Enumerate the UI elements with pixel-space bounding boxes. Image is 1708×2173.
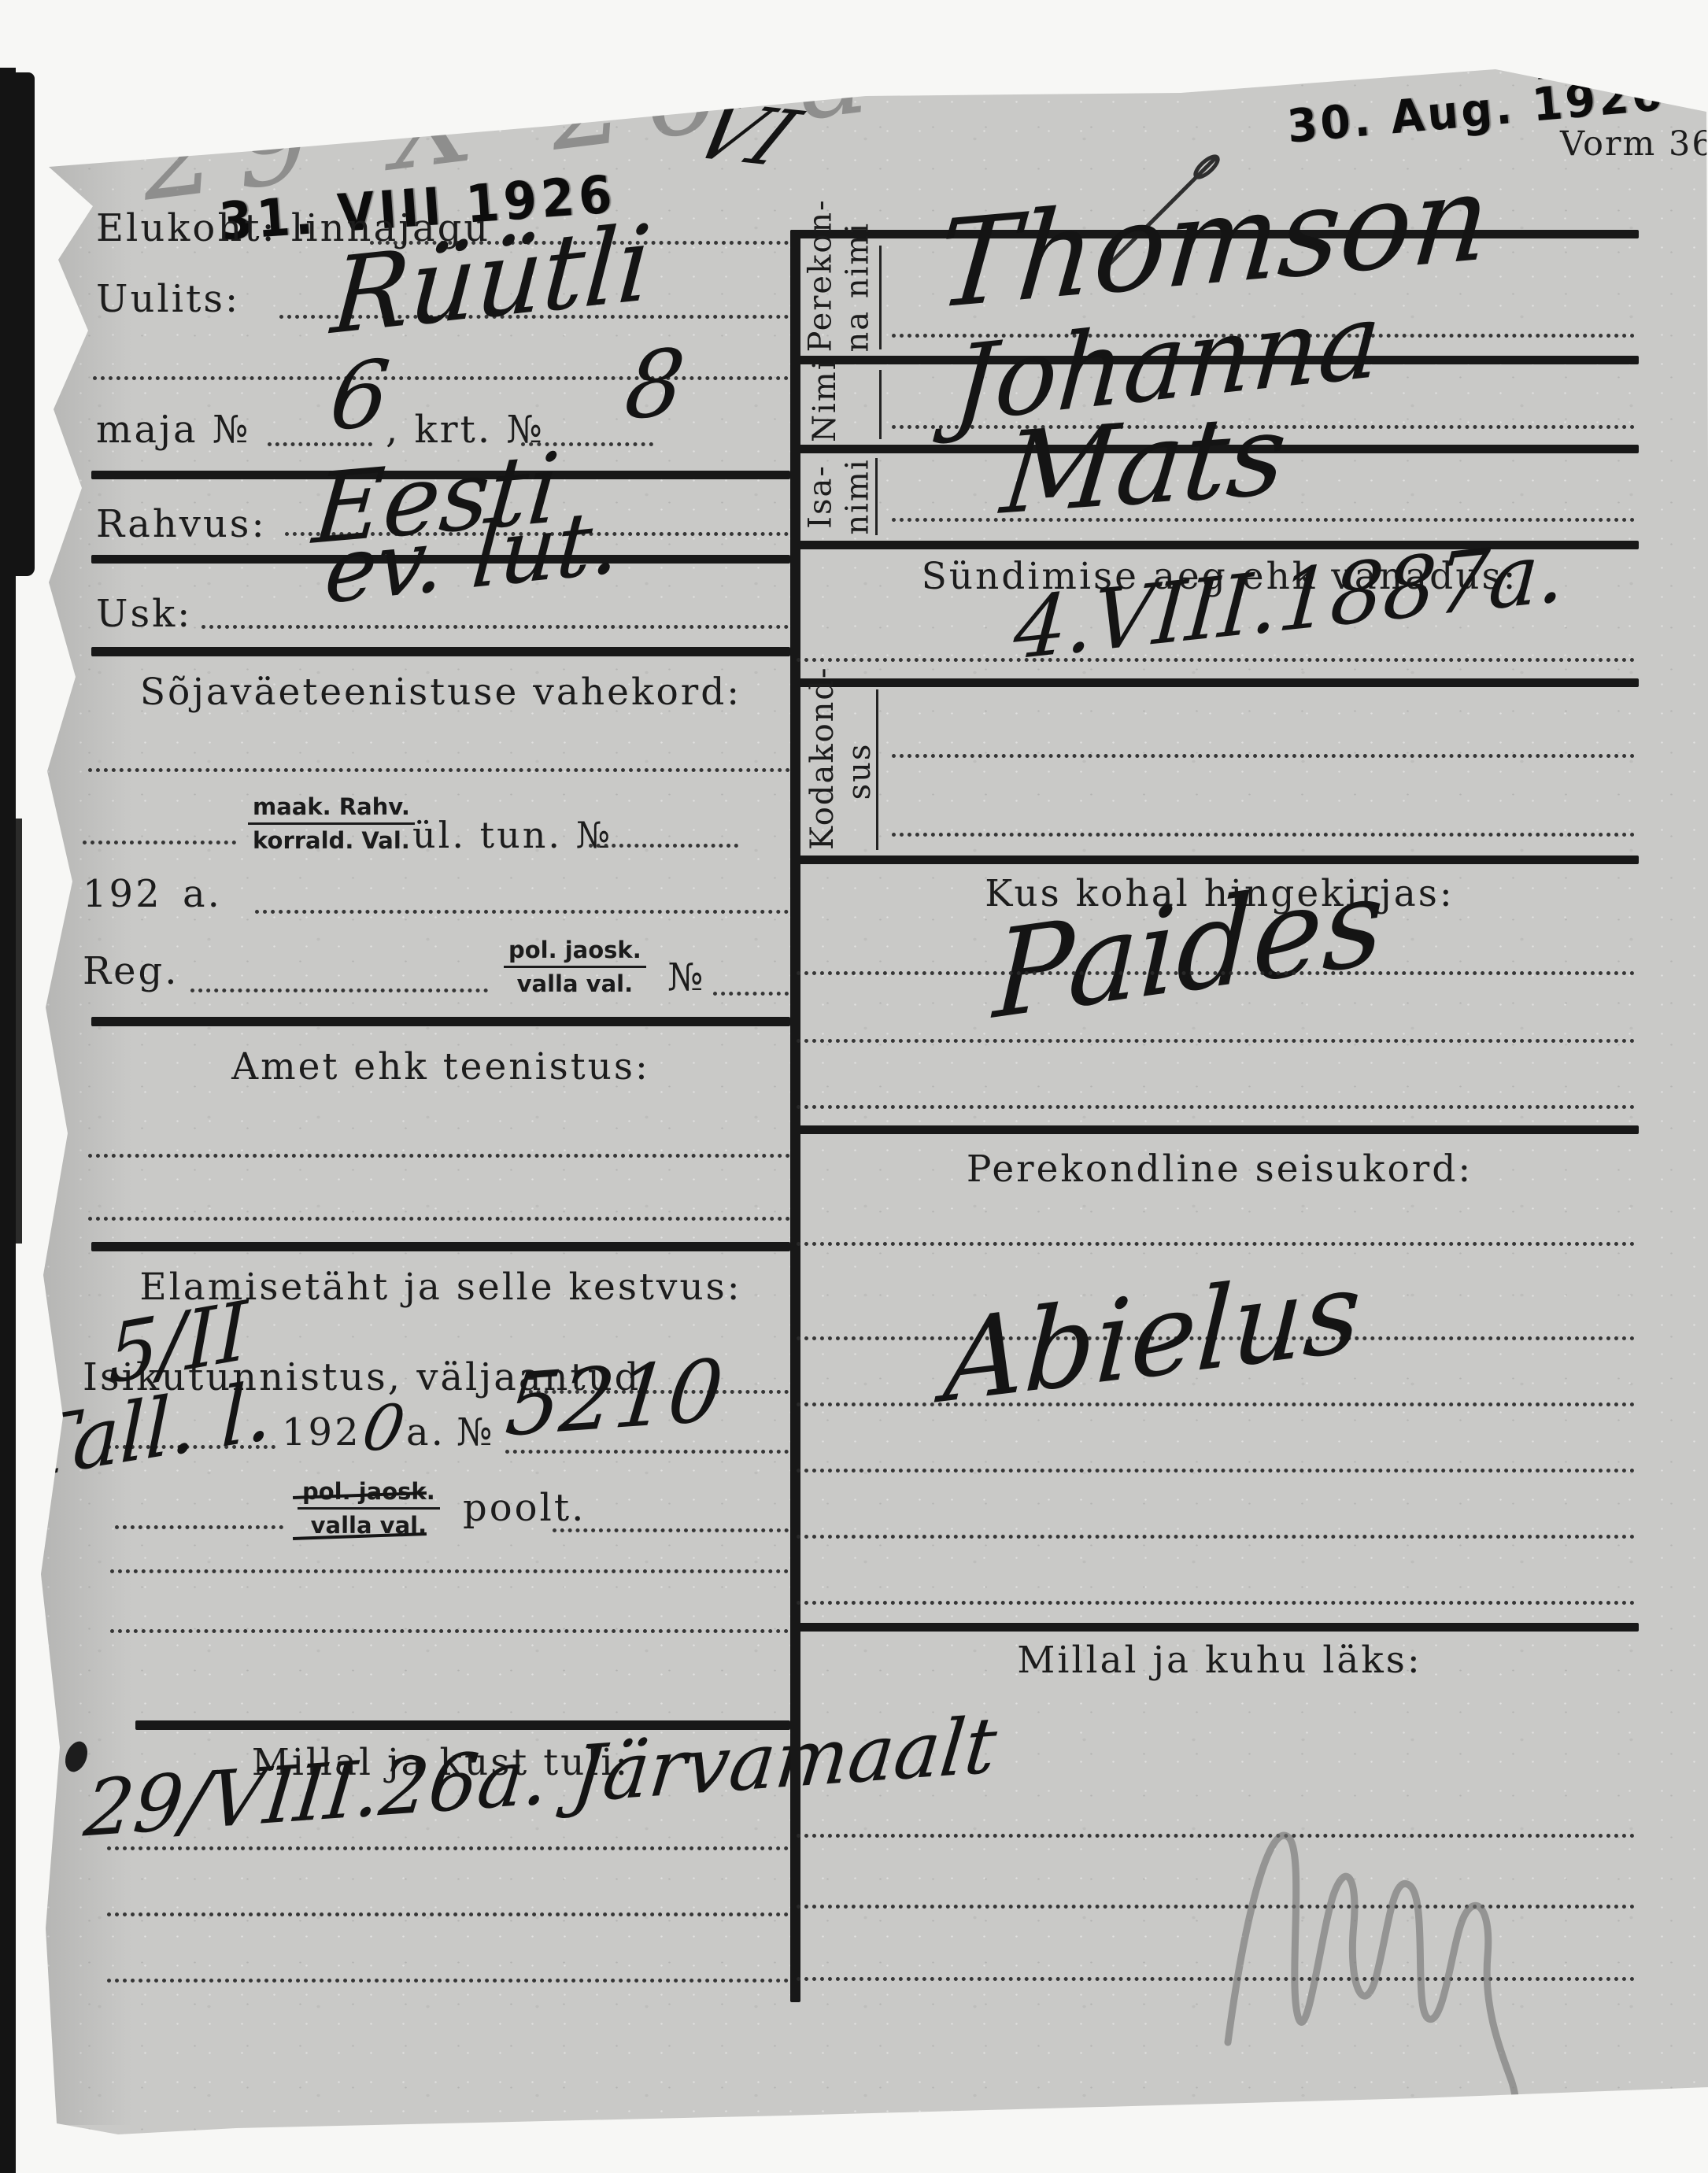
uulits-label: Uulits: [96, 277, 240, 321]
fraction-top: maak. Rahv. [248, 793, 415, 825]
reg-no-label: № [667, 955, 705, 1000]
stamp-quote-mark: ” [1530, 47, 1574, 116]
reg-label: Reg. [83, 949, 179, 993]
dotted-line [110, 1629, 789, 1633]
rule-thick [91, 1017, 790, 1026]
maak-rahv-fraction: maak. Rahv. korrald. Val. [248, 793, 415, 854]
isikutunnistus-no-label: № [457, 1410, 494, 1454]
dotted-line [797, 1402, 1635, 1406]
seisukord-header: Perekondline seisukord: [800, 1147, 1639, 1191]
column-divider [790, 230, 800, 2002]
rule-thick [790, 1623, 1639, 1632]
dotted-line [107, 1912, 789, 1916]
side-label-line: nimi [840, 455, 877, 539]
label-separator [879, 370, 882, 439]
scanned-registration-card: 29 X 26 a 31. VIII 1926 VI 30. Aug. 1926… [0, 0, 1708, 2173]
dotted-line [797, 971, 1635, 975]
label-separator [879, 246, 882, 349]
laks-header: Millal ja kuhu läks: [800, 1639, 1639, 1682]
dotted-line [892, 754, 1635, 758]
dotted-line [713, 992, 789, 996]
dotted-line [797, 1469, 1635, 1473]
rule-thick [91, 1242, 790, 1251]
pencil-signature-scrawl [1212, 1783, 1551, 2105]
dotted-line [797, 1105, 1635, 1109]
perekonnanimi-side-label: Perekon- na nimi [803, 233, 878, 353]
scan-edge-strip-lower [0, 819, 22, 1244]
dotted-line [797, 1039, 1635, 1043]
dotted-line [88, 1217, 790, 1221]
form-code: Vorm 36 [1560, 124, 1708, 164]
isanimi-side-label: Isa- nimi [803, 455, 875, 539]
side-label-line: sus [841, 693, 878, 850]
ink-note-vi: VI [683, 79, 809, 183]
poolt-fraction: pol. jaosk. valla val. [298, 1478, 440, 1539]
fraction-bottom: korrald. Val. [248, 825, 415, 854]
dotted-line [88, 1154, 790, 1158]
seisukord-value: Abielus [937, 1247, 1369, 1427]
rule-thick [790, 856, 1639, 864]
paper-sheet: 29 X 26 a 31. VIII 1926 VI 30. Aug. 1926… [0, 0, 1708, 2173]
maja-label: maja № [96, 408, 250, 452]
nimi-side-label: Nimi [807, 368, 854, 442]
isikutunnistus-year-digit: 0 [364, 1391, 404, 1465]
usk-label: Usk: [96, 592, 192, 636]
side-label-line: Nimi [807, 368, 844, 442]
side-label-line: Isa- [803, 455, 840, 539]
dotted-line [797, 1242, 1635, 1246]
fraction-bottom: valla val. [504, 968, 646, 997]
isikutunnistus-a-label: a. [406, 1410, 445, 1454]
krt-value: 8 [623, 330, 688, 440]
isanimi-value: Mats [998, 390, 1290, 539]
dotted-line [505, 1450, 789, 1454]
maja-value: 6 [327, 341, 393, 451]
aasta-label: 192 [83, 872, 162, 916]
dotted-line [190, 989, 488, 992]
dotted-line [115, 1525, 283, 1529]
isikutunnistus-issuer-value: Tall. l. [18, 1365, 279, 1496]
isikutunnistus-year-label: 192 [282, 1410, 361, 1454]
rahvus-label: Rahvus: [96, 502, 267, 546]
label-separator [875, 458, 878, 535]
dotted-line [107, 1979, 789, 1983]
dotted-line [589, 844, 738, 848]
ul-tun-label: ül. tun. № [412, 814, 612, 856]
dotted-line [88, 768, 790, 772]
rule-thick [790, 678, 1639, 687]
side-label-line: na nimi [840, 233, 877, 353]
dotted-line [83, 841, 236, 844]
scan-edge-strip-wide [0, 72, 35, 576]
dotted-line [797, 658, 1635, 662]
pol-jaosk-fraction: pol. jaosk. valla val. [504, 937, 646, 997]
rule-thick [91, 647, 790, 656]
fraction-top: pol. jaosk. [504, 937, 646, 968]
aasta-suffix: a. [183, 872, 222, 916]
dotted-line [892, 833, 1635, 837]
dotted-line [201, 625, 789, 629]
amet-header: Amet ehk teenistus: [91, 1045, 790, 1088]
dotted-line [255, 910, 789, 914]
side-label-line: Perekon- [803, 233, 840, 353]
kodakondsus-side-label: Kodakond- sus [804, 693, 877, 850]
side-label-line: Kodakond- [804, 693, 841, 850]
dotted-line [110, 1569, 789, 1573]
rule-thick [790, 1125, 1639, 1134]
sojavae-header: Sõjaväeteenistuse vahekord: [91, 671, 790, 714]
poolt-label: poolt. [463, 1486, 586, 1530]
dotted-line [553, 1528, 789, 1532]
label-separator [876, 689, 878, 850]
dotted-line [797, 1601, 1635, 1605]
dotted-line [797, 1535, 1635, 1539]
isikutunnistus-number-value: 5210 [503, 1342, 726, 1455]
dotted-line [107, 1846, 789, 1850]
